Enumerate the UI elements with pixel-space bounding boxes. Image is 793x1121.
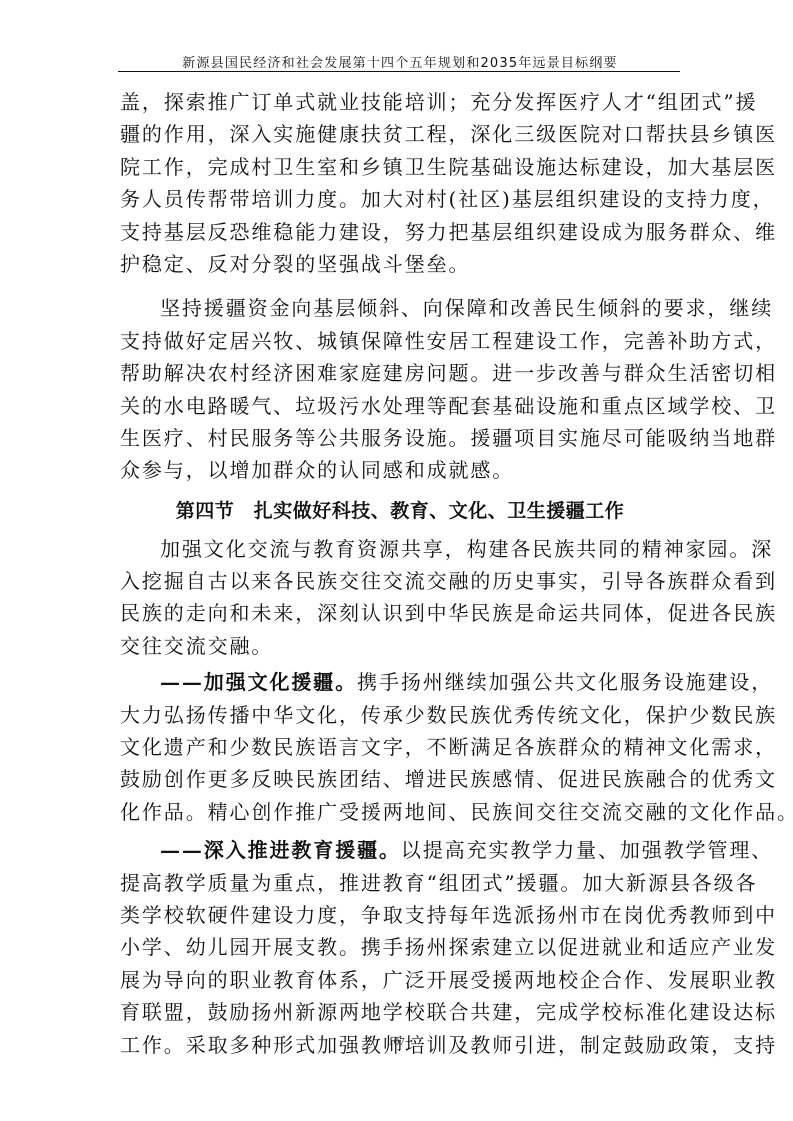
text-line: 坚持援疆资金向基层倾斜、向保障和改善民生倾斜的要求，继续 <box>120 292 680 324</box>
paragraph-gap <box>120 280 680 292</box>
text-line: 务人员传帮带培训力度。加大对村(社区)基层组织建设的支持力度， <box>120 183 680 215</box>
text-line: 民族的走向和未来，深刻认识到中华民族是命运共同体，促进各民族 <box>120 597 680 629</box>
paragraph-education: ——深入推进教育援疆。以提高充实教学力量、加强教学管理、 提高教学质量为重点，推… <box>120 834 680 1061</box>
text-line: 加强文化交流与教育资源共享，构建各民族共同的精神家园。深 <box>120 533 680 565</box>
section-heading: 第四节 扎实做好科技、教育、文化、卫生援疆工作 <box>120 493 680 529</box>
text-line: 化作品。精心创作推广受援两地间、民族间交往交流交融的文化作品。 <box>120 796 680 828</box>
paragraph-intro: 加强文化交流与教育资源共享，构建各民族共同的精神家园。深 入挖掘自古以来各民族交… <box>120 533 680 663</box>
text-line: 文化遗产和少数民族语言文字，不断满足各族群众的精神文化需求， <box>120 731 680 763</box>
text-line: 盖，探索推广订单式就业技能培训；充分发挥医疗人才“组团式”援 <box>120 86 680 118</box>
text-line: 护稳定、反对分裂的坚强战斗堡垒。 <box>120 248 680 280</box>
document-body: 盖，探索推广订单式就业技能培训；充分发挥医疗人才“组团式”援 疆的作用，深入实施… <box>120 86 680 1061</box>
text-line: 入挖掘自古以来各民族交往交流交融的历史事实，引导各族群众看到 <box>120 565 680 597</box>
text-line: 交往交流交融。 <box>120 630 680 662</box>
text-line: 提高教学质量为重点，推进教育“组团式”援疆。加大新源县各级各 <box>120 867 680 899</box>
text-line: ——深入推进教育援疆。以提高充实教学力量、加强教学管理、 <box>120 834 680 866</box>
page-number: 107 <box>0 1036 793 1048</box>
text-line: 展为导向的职业教育体系，广泛开展受援两地校企合作、发展职业教 <box>120 964 680 996</box>
text-line: 鼓励创作更多反映民族团结、增进民族感情、促进民族融合的优秀文 <box>120 763 680 795</box>
text-line: 育联盟，鼓励扬州新源两地学校联合共建，完成学校标准化建设达标 <box>120 996 680 1028</box>
text-run: 携手扬州继续加强公共文化服务设施建设， <box>357 670 773 694</box>
text-run: 以提高充实教学力量、加强教学管理、 <box>401 838 773 862</box>
text-line: 小学、幼儿园开展支教。携手扬州探索建立以促进就业和适应产业发 <box>120 931 680 963</box>
paragraph-culture: ——加强文化援疆。携手扬州继续加强公共文化服务设施建设， 大力弘扬传播中华文化，… <box>120 666 680 828</box>
text-line: 支持做好定居兴牧、城镇保障性安居工程建设工作，完善补助方式， <box>120 325 680 357</box>
text-line: 支持基层反恐维稳能力建设，努力把基层组织建设成为服务群众、维 <box>120 216 680 248</box>
running-header: 新源县国民经济和社会发展第十四个五年规划和2035年远景目标纲要 <box>120 52 680 71</box>
text-line: 众参与，以增加群众的认同感和成就感。 <box>120 454 680 486</box>
bullet-lead: ——加强文化援疆。 <box>160 670 357 694</box>
text-line: 大力弘扬传播中华文化，传承少数民族优秀传统文化，保护少数民族 <box>120 699 680 731</box>
text-line: ——加强文化援疆。携手扬州继续加强公共文化服务设施建设， <box>120 666 680 698</box>
text-line: 关的水电路暖气、垃圾污水处理等配套基础设施和重点区域学校、卫 <box>120 390 680 422</box>
text-line: 帮助解决农村经济困难家庭建房问题。进一步改善与群众生活密切相 <box>120 357 680 389</box>
paragraph-funding: 坚持援疆资金向基层倾斜、向保障和改善民生倾斜的要求，继续 支持做好定居兴牧、城镇… <box>120 292 680 486</box>
text-line: 类学校软硬件建设力度，争取支持每年选派扬州市在岗优秀教师到中 <box>120 899 680 931</box>
bullet-lead: ——深入推进教育援疆。 <box>160 838 401 862</box>
text-line: 院工作，完成村卫生室和乡镇卫生院基础设施达标建设，加大基层医 <box>120 151 680 183</box>
text-line: 疆的作用，深入实施健康扶贫工程，深化三级医院对口帮扶县乡镇医 <box>120 118 680 150</box>
header-divider <box>118 71 680 72</box>
paragraph-continuation: 盖，探索推广订单式就业技能培训；充分发挥医疗人才“组团式”援 疆的作用，深入实施… <box>120 86 680 280</box>
text-line: 生医疗、村民服务等公共服务设施。援疆项目实施尽可能吸纳当地群 <box>120 422 680 454</box>
